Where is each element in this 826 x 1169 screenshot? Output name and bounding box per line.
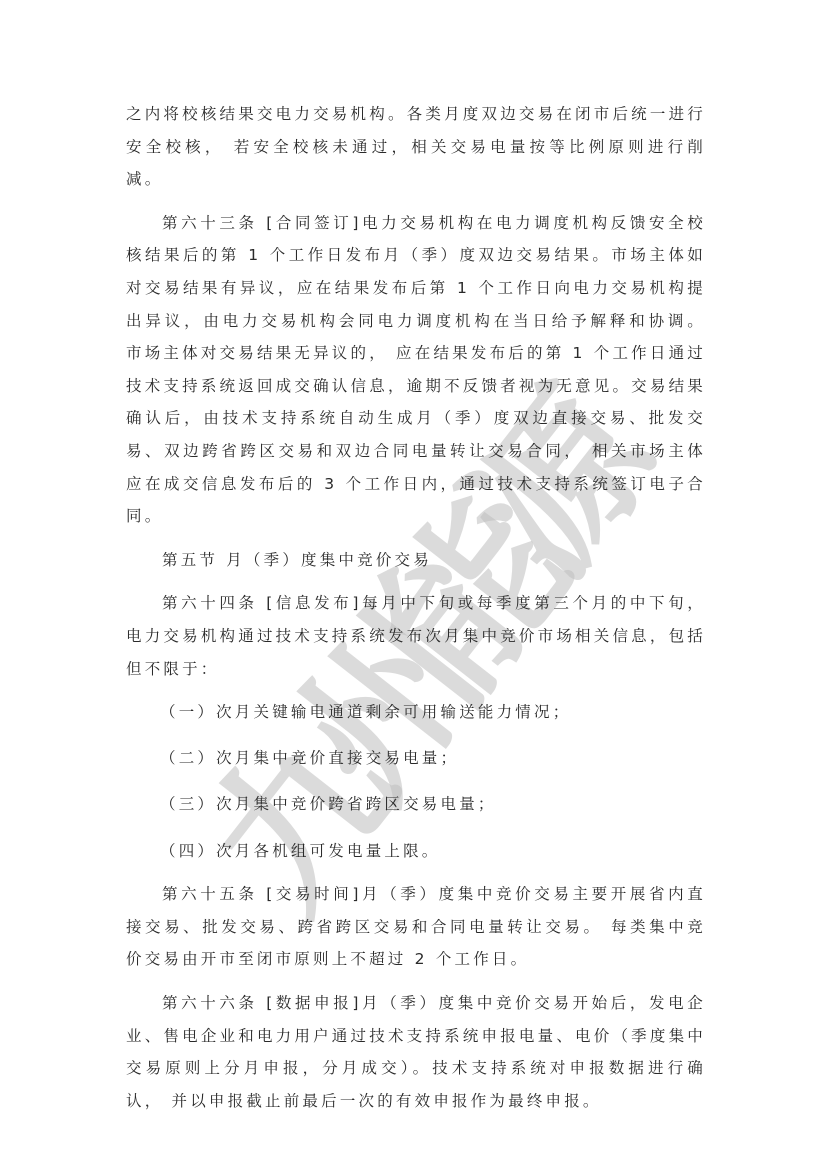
paragraph-article-66: 第六十六条 [数据申报]月（季）度集中竞价交易开始后，发电企业、售电企业和电力用… xyxy=(126,987,706,1117)
info-list: （一）次月关键输电通道剩余可用输送能力情况； （二）次月集中竞价直接交易电量； … xyxy=(126,696,706,867)
paragraph-article-63: 第六十三条 [合同签订]电力交易机构在电力调度机构反馈安全校核结果后的第 1 个… xyxy=(126,207,706,533)
section-heading: 第五节 月（季）度集中竞价交易 xyxy=(126,544,706,577)
list-item: （一）次月关键输电通道剩余可用输送能力情况； xyxy=(126,696,706,729)
paragraph-article-64: 第六十四条 [信息发布]每月中下旬或每季度第三个月的中下旬， 电力交易机构通过技… xyxy=(126,587,706,685)
paragraph-continuation: 之内将校核结果交电力交易机构。各类月度双边交易在闭市后统一进行安全校核， 若安全… xyxy=(126,98,706,196)
document-body: 之内将校核结果交电力交易机构。各类月度双边交易在闭市后统一进行安全校核， 若安全… xyxy=(126,98,706,1117)
document-page: 九州能源 之内将校核结果交电力交易机构。各类月度双边交易在闭市后统一进行安全校核… xyxy=(0,0,826,1169)
list-item: （三）次月集中竞价跨省跨区交易电量； xyxy=(126,788,706,821)
paragraph-article-65: 第六十五条 [交易时间]月（季）度集中竞价交易主要开展省内直接交易、批发交易、跨… xyxy=(126,878,706,976)
list-item: （四）次月各机组可发电量上限。 xyxy=(126,835,706,868)
list-item: （二）次月集中竞价直接交易电量； xyxy=(126,742,706,775)
